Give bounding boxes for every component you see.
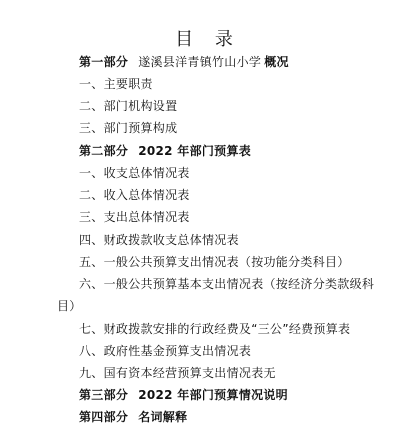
toc-item: 一、收支总体情况表	[79, 162, 190, 184]
toc-part-2: 第二部分2022 年部门预算表	[79, 140, 251, 162]
part-title: 遂溪县洋青镇竹山小学	[138, 55, 261, 69]
toc-part-3: 第三部分2022 年部门预算情况说明	[79, 384, 288, 406]
toc-item: 九、国有资本经营预算支出情况表无	[79, 362, 276, 384]
toc-item: 四、财政拨款收支总体情况表	[79, 229, 239, 251]
part-label: 第四部分	[79, 410, 128, 424]
toc-part-4: 第四部分名词解释	[79, 406, 187, 428]
toc-item: 七、财政拨款安排的行政经费及“三公”经费预算表	[79, 318, 350, 340]
toc-item: 三、支出总体情况表	[79, 206, 190, 228]
toc-item-continuation: 目）	[57, 295, 82, 317]
toc-part-1: 第一部分遂溪县洋青镇竹山小学概况	[79, 51, 289, 73]
part-label: 第二部分	[79, 144, 128, 158]
part-title-bold: 概况	[264, 55, 289, 69]
part-title: 2022 年部门预算情况说明	[138, 388, 288, 402]
part-label: 第三部分	[79, 388, 128, 402]
document-title: 目 录	[0, 29, 408, 51]
toc-item: 一、主要职责	[79, 73, 153, 95]
part-label: 第一部分	[79, 55, 128, 69]
part-title: 2022 年部门预算表	[138, 144, 251, 158]
toc-item: 二、收入总体情况表	[79, 184, 190, 206]
part-title: 名词解释	[138, 410, 187, 424]
toc-item: 二、部门机构设置	[79, 95, 177, 117]
toc-item: 八、政府性基金预算支出情况表	[79, 340, 251, 362]
toc-item: 六、一般公共预算基本支出情况表（按经济分类款级科	[79, 273, 374, 295]
toc-item: 五、一般公共预算支出情况表（按功能分类科目）	[79, 251, 350, 273]
toc-item: 三、部门预算构成	[79, 117, 177, 139]
